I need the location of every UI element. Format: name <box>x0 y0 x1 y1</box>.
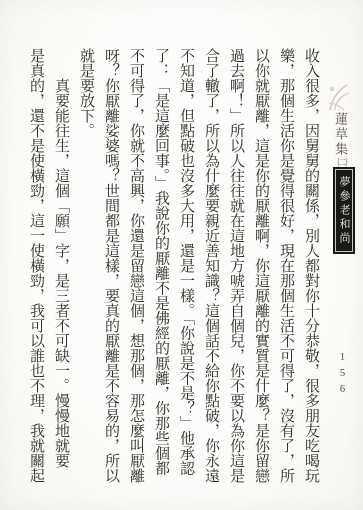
text-column: 合了轍了，所以為什麼要親近善知識？這個話不給你點破，你永遠 <box>198 48 223 498</box>
text-column: 過去啊！」所以人往往就在這地方唬弄自個兒，你不要以為你這是 <box>223 48 248 498</box>
book-title-text: 蓮草集 <box>333 112 348 157</box>
text-column: 不知道，但點破也沒多大用，還是一樣。「你說是不是？」他承認 <box>173 48 198 498</box>
plant-seal-icon <box>326 83 351 112</box>
text-column: 就是要放下。 <box>73 48 98 498</box>
author-badge: 夢參老和尚 <box>333 167 355 254</box>
text-column: 以你就厭離，這是你的厭離啊，你這厭離的實質是什麼？是你留戀 <box>248 48 273 498</box>
text-column: 真要能往生，這個「願」字，是三者不可缺一。慢慢地就要 <box>48 48 73 498</box>
text-column: 收入很多，因舅舅的關係，別人都對你十分恭敬，很多朋友吃喝玩 <box>298 48 323 498</box>
text-column: 樂，那個生活你是覺得很好，現在那個生活不可得了，沒有了，所 <box>273 48 298 498</box>
page-number: 156 <box>337 352 348 400</box>
text-column: 呀？你厭離娑婆嗎？世間都是這樣，要真的厭離是不容易的，所以 <box>98 48 123 498</box>
text-column: 是真的，還不是使橫勁，這一使橫勁，我可以誰也不理，我就關起 <box>23 48 48 498</box>
body-text: 收入很多，因舅舅的關係，別人都對你十分恭敬，很多朋友吃喝玩 樂，那個生活你是覺得… <box>23 48 323 498</box>
author-badge-frame: 夢參老和尚 <box>335 169 353 252</box>
book-page: 蓮草集㈡ 夢參老和尚 156 收入很多，因舅舅的關係，別人都對你十分恭敬，很多朋… <box>0 0 363 510</box>
book-volume: ㈡ <box>335 157 346 167</box>
text-column: 了：「是這麼回事。」我說你的厭離不是佛經的厭離，你那些個都 <box>148 48 173 498</box>
author-badge-label: 夢參老和尚 <box>336 176 352 246</box>
book-title: 蓮草集㈡ <box>329 112 351 167</box>
text-column: 不可得了，你就不高興，你還是留戀這個，想那個，那怎麼叫厭離 <box>123 48 148 498</box>
